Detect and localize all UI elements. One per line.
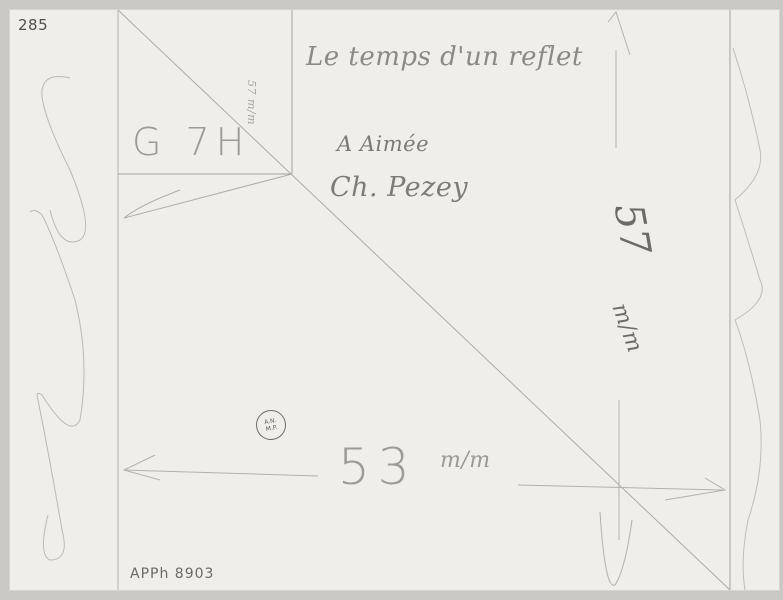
photo-title: Le temps d'un reflet — [306, 42, 583, 72]
archive-reference: APPh 8903 — [130, 566, 214, 582]
pencil-crop-marks — [0, 0, 783, 600]
stamp-line-2: M.P. — [265, 424, 278, 433]
dedication: A Aimée — [337, 132, 429, 156]
bottom-dimension-unit: m/m — [440, 448, 491, 473]
right-dimension-value: 57 — [605, 200, 659, 259]
photographer-signature: Ch. Pezey — [330, 172, 468, 203]
box-code: G 7H — [132, 120, 250, 164]
bottom-dimension-value: 53 — [338, 438, 418, 496]
inventory-number: 285 — [18, 16, 48, 34]
side-dimension-label: 57 m/m — [245, 80, 258, 125]
